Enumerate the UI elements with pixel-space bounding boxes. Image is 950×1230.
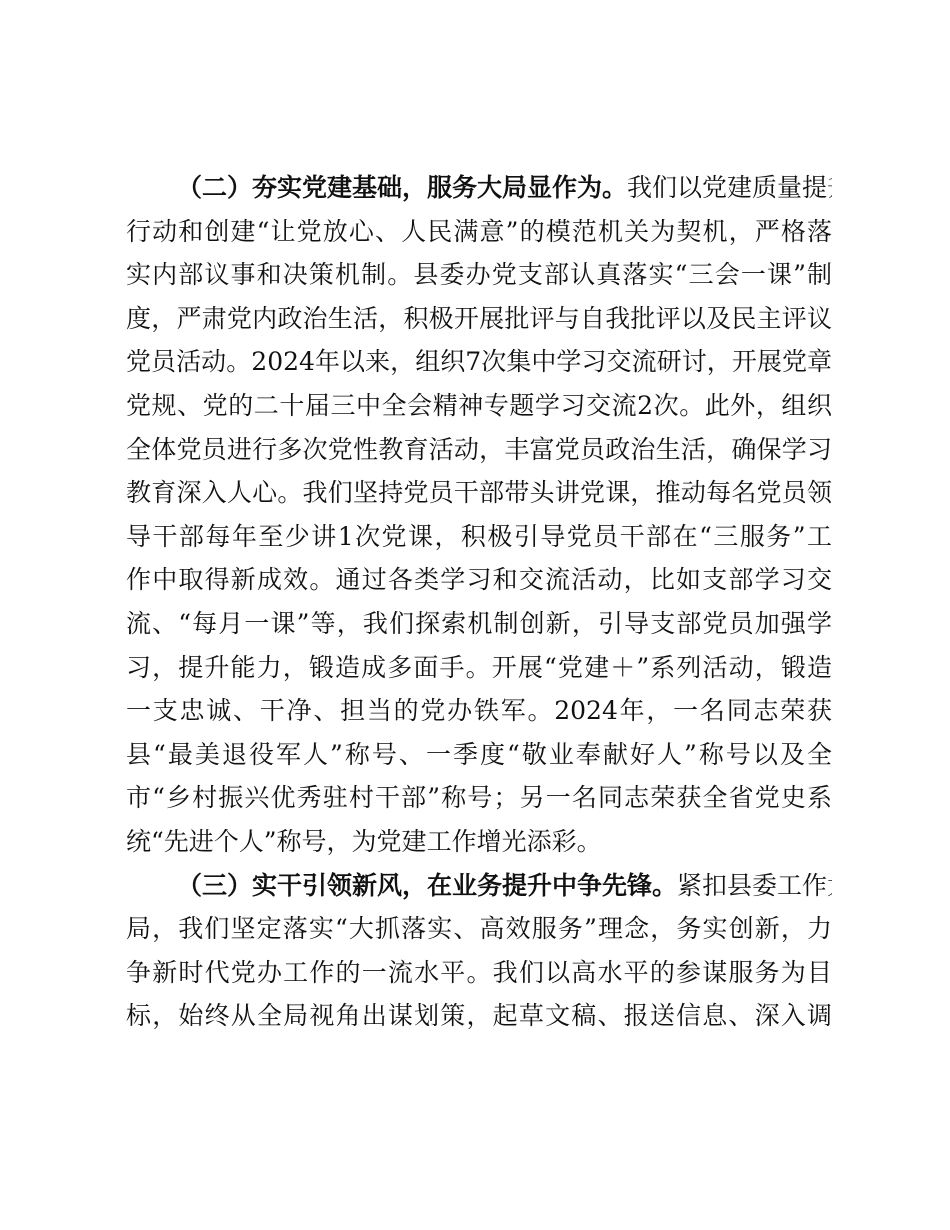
text-line: 习，提升能力，锻造成多面手。开展“党建＋”系列活动，锻造 [126, 646, 832, 690]
text-line: 市“乡村振兴优秀驻村干部”称号；另一名同志荣获全省党史系 [126, 776, 832, 820]
text-line: 全体党员进行多次党性教育活动，丰富党员政治生活，确保学习 [126, 428, 832, 472]
text-line: 党员活动。2024年以来，组织7次集中学习交流研讨，开展党章 [126, 340, 832, 384]
text-run: 紧扣县委工作大 [677, 871, 832, 900]
text-line: （二）夯实党建基础，服务大局显作为。我们以党建质量提升 [126, 166, 832, 210]
text-line: 实内部议事和决策机制。县委办党支部认真落实“三会一课”制 [126, 253, 832, 297]
section-heading: （三）实干引领新风，在业务提升中争先锋。 [177, 871, 677, 900]
text-line: 流、“每月一课”等，我们探索机制创新，引导支部党员加强学 [126, 602, 832, 646]
text-line: 度，严肃党内政治生活，积极开展批评与自我批评以及民主评议 [126, 297, 832, 341]
text-line: 统“先进个人”称号，为党建工作增光添彩。 [126, 820, 832, 864]
text-line: （三）实干引领新风，在业务提升中争先锋。紧扣县委工作大 [126, 864, 832, 908]
text-line: 一支忠诚、干净、担当的党办铁军。2024年，一名同志荣获 [126, 689, 832, 733]
text-line: 教育深入人心。我们坚持党员干部带头讲党课，推动每名党员领 [126, 471, 832, 515]
text-line: 县“最美退役军人”称号、一季度“敬业奉献好人”称号以及全 [126, 733, 832, 777]
text-line: 标，始终从全局视角出谋划策，起草文稿、报送信息、深入调 [126, 994, 832, 1038]
paragraph-section-2: （二）夯实党建基础，服务大局显作为。我们以党建质量提升 行动和创建“让党放心、人… [126, 166, 832, 864]
document-page: （二）夯实党建基础，服务大局显作为。我们以党建质量提升 行动和创建“让党放心、人… [0, 0, 950, 1230]
text-line: 党规、党的二十届三中全会精神专题学习交流2次。此外，组织 [126, 384, 832, 428]
section-heading: （二）夯实党建基础，服务大局显作为。 [177, 173, 627, 202]
text-line: 局，我们坚定落实“大抓落实、高效服务”理念，务实创新，力 [126, 907, 832, 951]
document-body: （二）夯实党建基础，服务大局显作为。我们以党建质量提升 行动和创建“让党放心、人… [126, 166, 832, 1038]
text-line: 行动和创建“让党放心、人民满意”的模范机关为契机，严格落 [126, 210, 832, 254]
paragraph-section-3: （三）实干引领新风，在业务提升中争先锋。紧扣县委工作大 局，我们坚定落实“大抓落… [126, 864, 832, 1038]
text-run: 我们以党建质量提升 [627, 173, 832, 202]
text-line: 作中取得新成效。通过各类学习和交流活动，比如支部学习交 [126, 558, 832, 602]
text-line: 导干部每年至少讲1次党课，积极引导党员干部在“三服务”工 [126, 515, 832, 559]
text-line: 争新时代党办工作的一流水平。我们以高水平的参谋服务为目 [126, 951, 832, 995]
